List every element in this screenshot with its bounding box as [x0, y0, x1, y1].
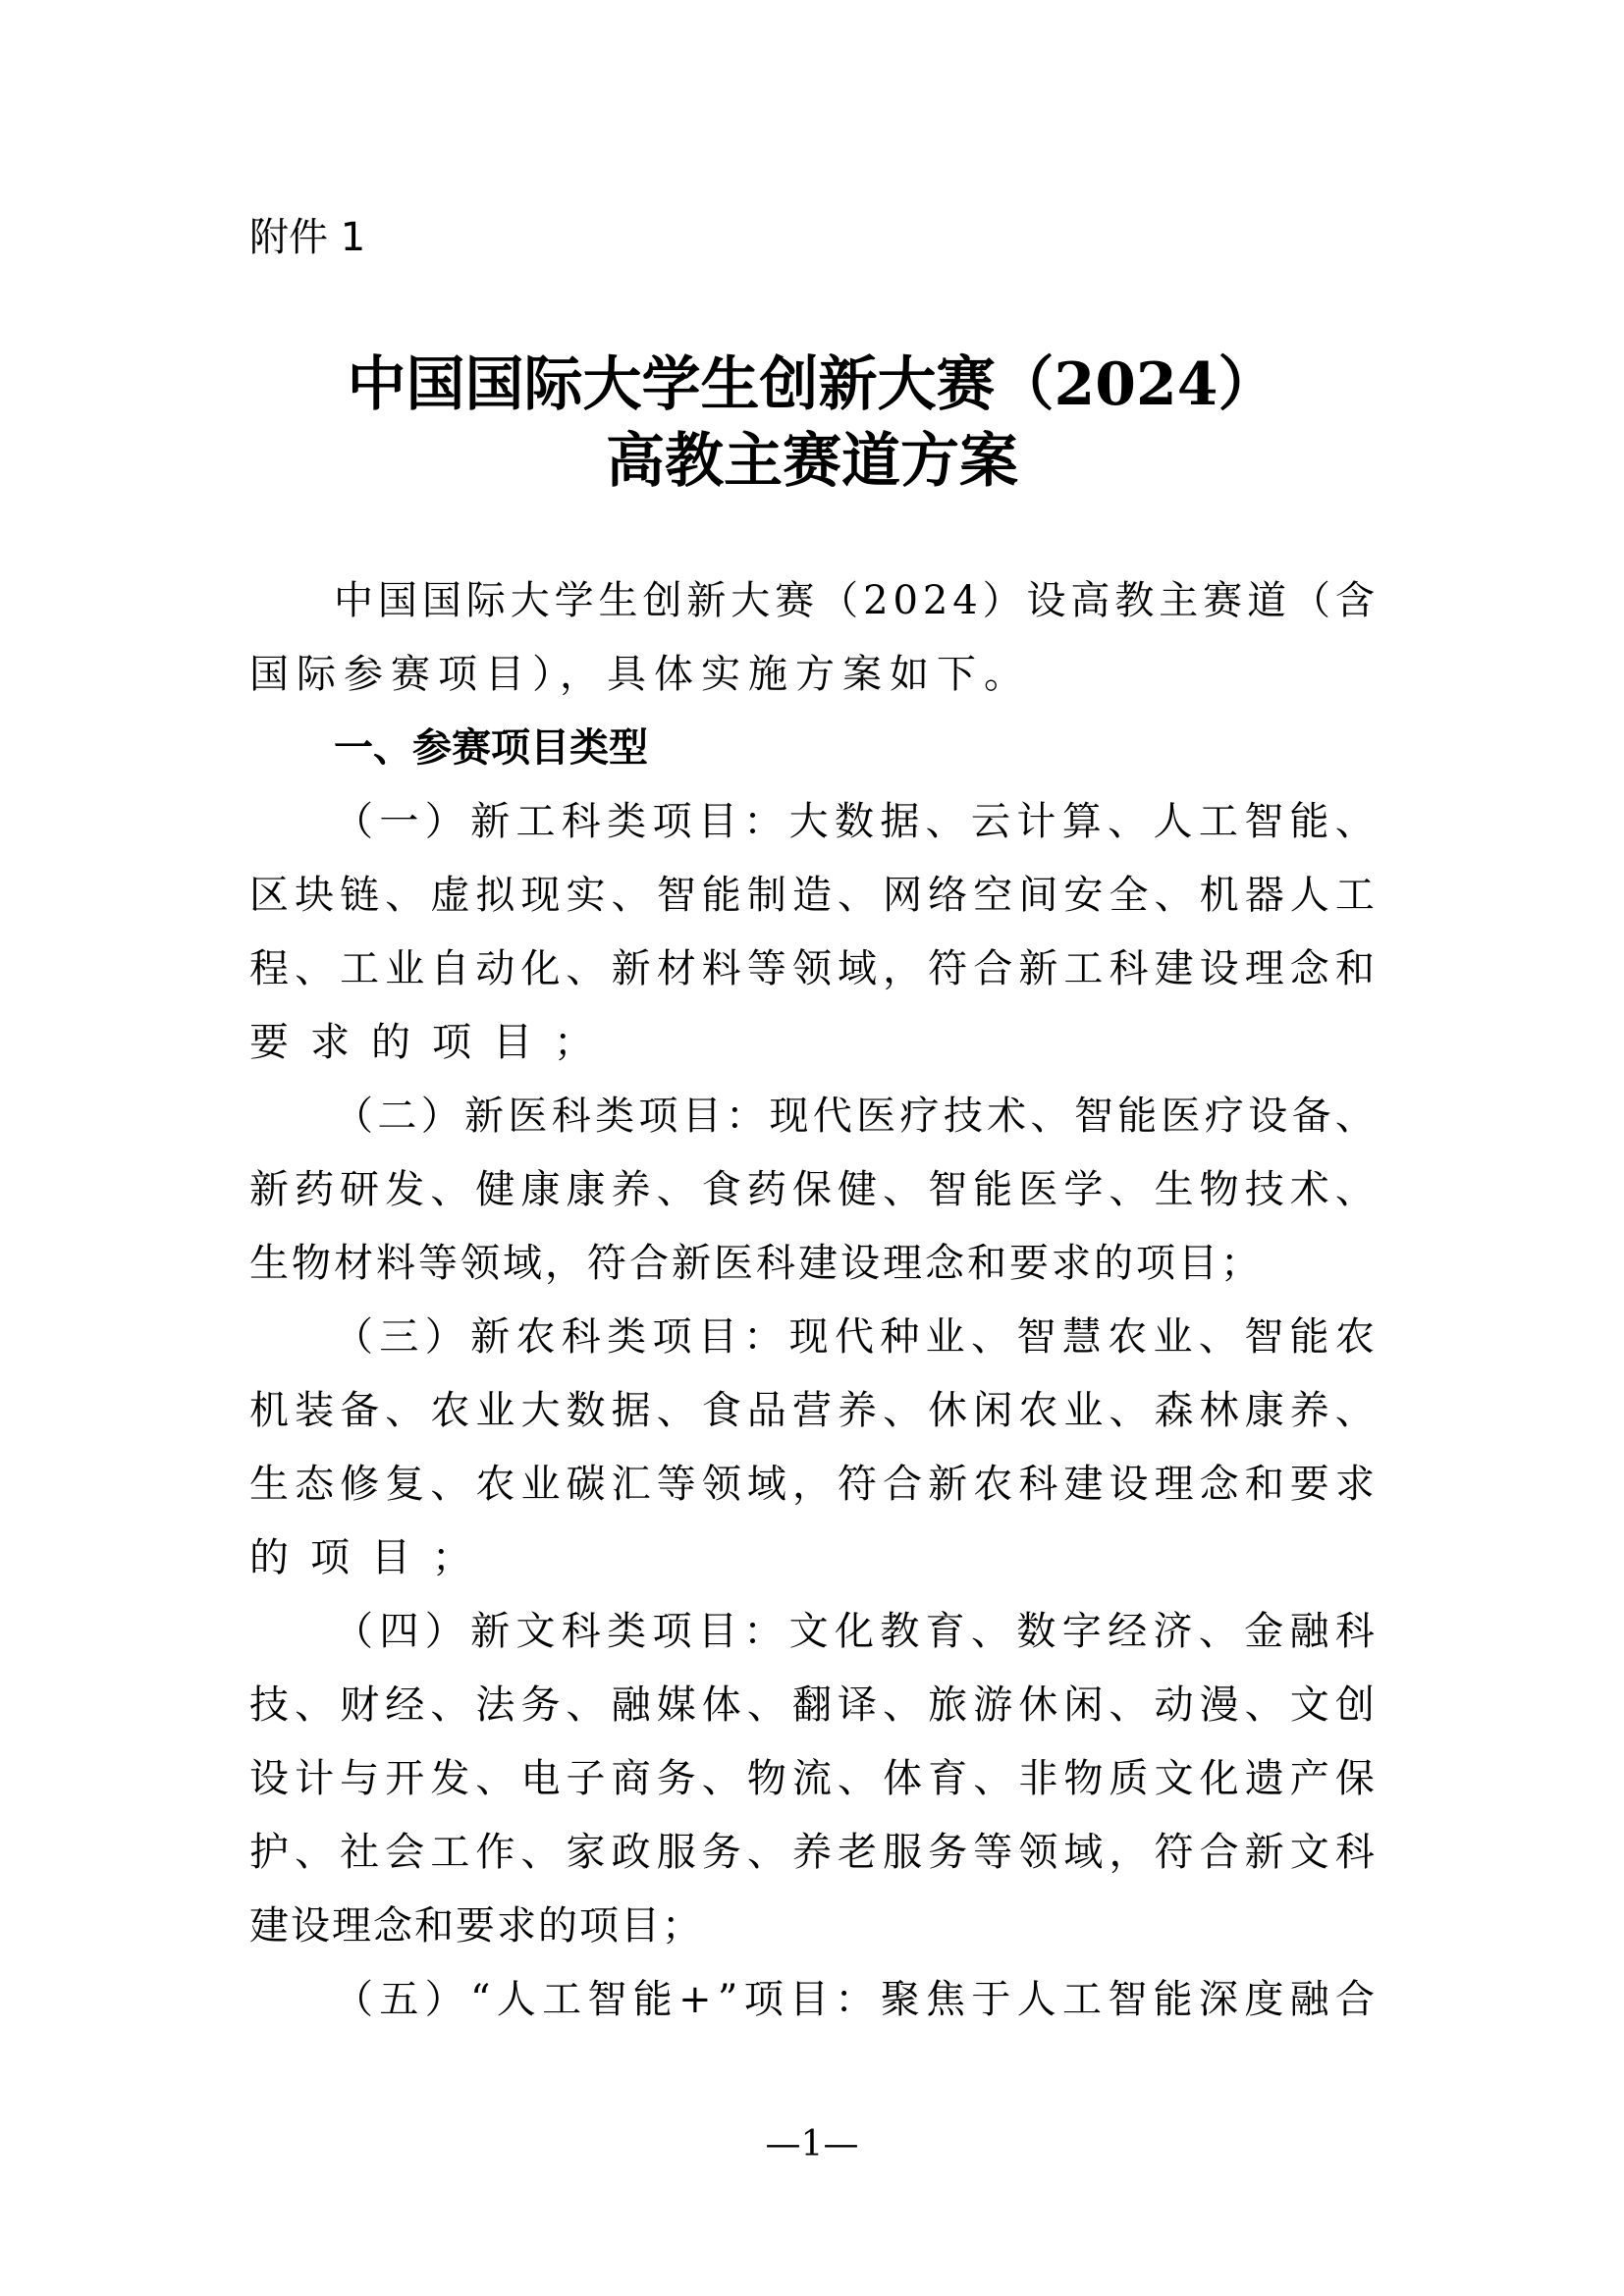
paragraph-line: 机装备、农业大数据、食品营养、休闲农业、森林康养、: [249, 1386, 1375, 1460]
paragraph-line: （三）新农科类项目：现代种业、智慧农业、智能农: [334, 1312, 1375, 1386]
attachment-label: 附件 1: [249, 214, 365, 261]
document-title-line2: 高教主赛道方案: [0, 427, 1624, 496]
paragraph-line: 的项目；: [249, 1533, 1375, 1607]
paragraph-line: 设计与开发、电子商务、物流、体育、非物质文化遗产保: [249, 1754, 1375, 1828]
paragraph-line: 建设理念和要求的项目；: [249, 1901, 1375, 1975]
intro-line: 国际参赛项目），具体实施方案如下。: [249, 650, 1375, 723]
paragraph-line: （一）新工科类项目：大数据、云计算、人工智能、: [334, 797, 1375, 871]
paragraph-line: 新药研发、健康康养、食药保健、智能医学、生物技术、: [249, 1165, 1375, 1239]
paragraph-line: （五）“人工智能+”项目：聚焦于人工智能深度融合: [334, 1975, 1375, 2049]
section-heading: 一、参赛项目类型: [334, 723, 648, 773]
paragraph-line: 区块链、虚拟现实、智能制造、网络空间安全、机器人工: [249, 871, 1375, 944]
document-title-line1: 中国国际大学生创新大赛（2024）: [0, 350, 1624, 419]
intro-line: 中国国际大学生创新大赛（2024）设高教主赛道（含: [334, 576, 1375, 650]
page-number: —1—: [0, 2123, 1624, 2166]
paragraph-line: 生物材料等领域，符合新医科建设理念和要求的项目；: [249, 1239, 1375, 1312]
paragraph-line: 技、财经、法务、融媒体、翻译、旅游休闲、动漫、文创: [249, 1681, 1375, 1754]
paragraph-line: （二）新医科类项目：现代医疗技术、智能医疗设备、: [334, 1092, 1375, 1165]
paragraph-line: 生态修复、农业碳汇等领域，符合新农科建设理念和要求: [249, 1460, 1375, 1533]
paragraph-line: 护、社会工作、家政服务、养老服务等领域，符合新文科: [249, 1828, 1375, 1901]
paragraph-line: 要求的项目；: [249, 1018, 1375, 1092]
paragraph-line: 程、工业自动化、新材料等领域，符合新工科建设理念和: [249, 944, 1375, 1018]
paragraph-line: （四）新文科类项目：文化教育、数字经济、金融科: [334, 1607, 1375, 1681]
